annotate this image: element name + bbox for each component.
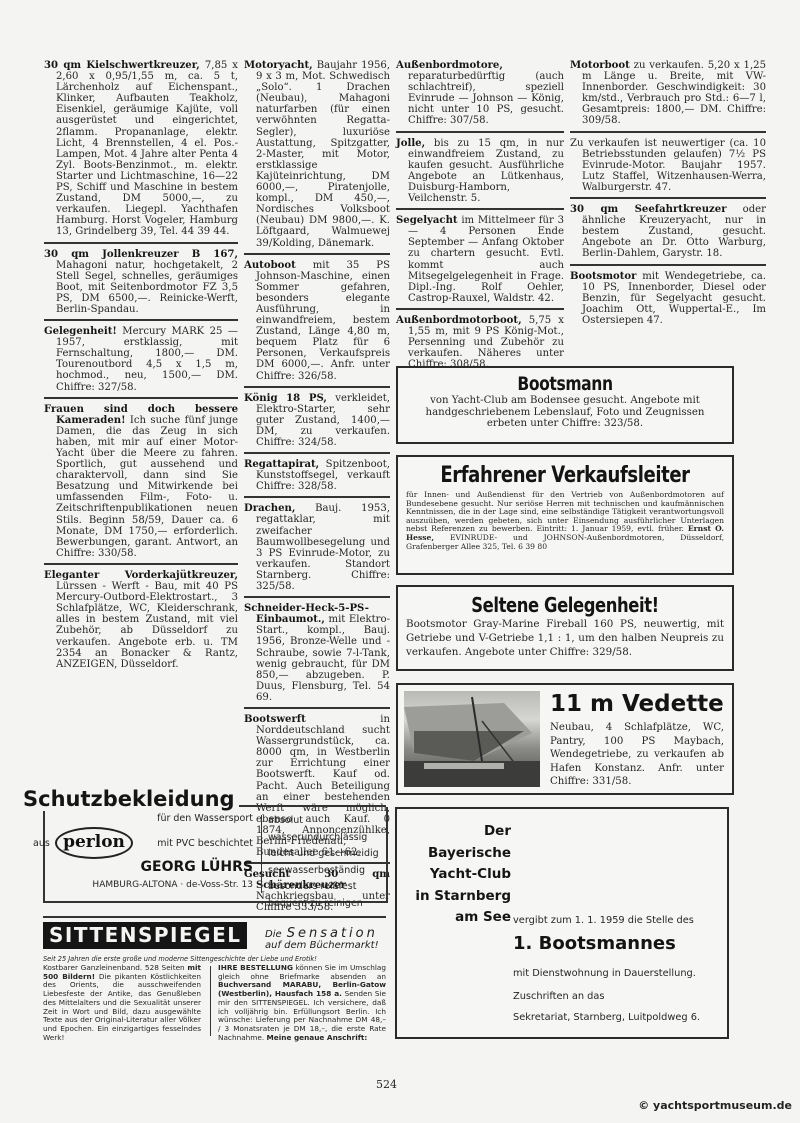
ad-line: mit Dienstwohnung in Dauerstellung. bbox=[513, 968, 696, 979]
boat-photo bbox=[404, 691, 540, 787]
ad-box-bootsmann: Bootsmann von Yacht-Club am Bodensee ges… bbox=[396, 366, 734, 444]
divider bbox=[570, 197, 766, 199]
classified-ad: Gelegenheit! Mercury MARK 25 — 1957, ers… bbox=[44, 326, 238, 393]
company-address: HAMBURG-ALTONA · de-Voss-Str. 13 bbox=[43, 880, 253, 890]
tagline: für den Wassersport bbox=[143, 813, 253, 824]
ad-box-sittenspiegel: SITTENSPIEGEL Die Sensation auf dem Büch… bbox=[43, 912, 386, 1072]
feature-item: absolut wasserundurchlässig bbox=[268, 813, 386, 846]
classified-ad: Eleganter Vorderkajütkreuzer, Lürssen - … bbox=[44, 570, 238, 670]
classified-ad: 30 qm Kielschwertkreuzer, 7,85 x 2,60 x … bbox=[44, 60, 238, 238]
feature-item: besonders reißfest bbox=[268, 879, 386, 896]
classifieds-column-1: 30 qm Kielschwertkreuzer, 7,85 x 2,60 x … bbox=[44, 60, 238, 670]
tagline: Die Sensation auf dem Büchermarkt! bbox=[265, 922, 379, 951]
headline: Erfahrener Verkaufsleiter bbox=[435, 463, 696, 489]
divider bbox=[396, 308, 564, 310]
classified-ad: Schneider-Heck-5-PS-Einbaumot., mit Elek… bbox=[244, 603, 390, 703]
classified-ad: Drachen, Bauj. 1953, regattaklar, mit zw… bbox=[244, 503, 390, 592]
headline: Schutzbekleidung bbox=[19, 787, 239, 811]
ad-box-bayerischer-yacht-club: Der Bayerische Yacht-Club in Starnberg a… bbox=[395, 807, 729, 1039]
classified-ad: Motorboot zu verkaufen. 5,20 x 1,25 m Lä… bbox=[570, 60, 766, 127]
classified-ad: Motoryacht, Baujahr 1956, 9 x 3 m, Mot. … bbox=[244, 60, 390, 249]
perlon-logo-text: perlon bbox=[63, 832, 125, 852]
divider bbox=[244, 496, 390, 498]
features-list: absolut wasserundurchlässig leicht und g… bbox=[268, 813, 386, 913]
aus-label: aus bbox=[33, 838, 50, 849]
vertical-divider bbox=[210, 966, 211, 1036]
classified-ad: Segelyacht im Mittelmeer für 3 — 4 Perso… bbox=[396, 215, 564, 304]
ad-line: Zuschriften an das bbox=[513, 991, 605, 1002]
headline: 11 m Vedette bbox=[550, 691, 724, 717]
perlon-logo: perlon bbox=[55, 827, 133, 859]
divider bbox=[44, 319, 238, 321]
company-name: GEORG LÜHRS bbox=[103, 859, 253, 875]
club-name: Der Bayerische Yacht-Club in Starnberg a… bbox=[407, 821, 511, 929]
divider bbox=[244, 253, 390, 255]
subtitle: Seit 25 Jahren die erste große und moder… bbox=[43, 955, 388, 963]
divider bbox=[244, 707, 390, 709]
classifieds-column-3: Außenbordmotore, reparaturbedürftig (auc… bbox=[396, 60, 564, 370]
watermark: © yachtsportmuseum.de bbox=[638, 1099, 792, 1112]
divider bbox=[570, 131, 766, 133]
classified-ad: Regattapirat, Spitzenboot, Kunststoffseg… bbox=[244, 459, 390, 492]
ad-box-vedette: 11 m Vedette Neubau, 4 Schlafplätze, WC,… bbox=[396, 683, 734, 795]
boat-photo-icon bbox=[404, 691, 540, 787]
headline: SITTENSPIEGEL bbox=[43, 922, 247, 949]
feature-item: seewasserbeständig bbox=[268, 863, 386, 880]
classified-ad: Autoboot mit 35 PS Johnson-Maschine, ein… bbox=[244, 260, 390, 382]
divider bbox=[244, 452, 390, 454]
classifieds-column-2: Motoryacht, Baujahr 1956, 9 x 3 m, Mot. … bbox=[244, 60, 390, 914]
feature-item: leicht und geschmeidig bbox=[268, 846, 386, 863]
ad-box-schutzbekleidung: Schutzbekleidung für den Wassersport aus… bbox=[43, 793, 386, 903]
position-title: 1. Bootsmannes bbox=[513, 933, 676, 954]
headline: Seltene Gelegenheit! bbox=[435, 593, 696, 617]
divider bbox=[396, 131, 564, 133]
classified-ad: König 18 PS, verkleidet, Elektro-Starter… bbox=[244, 393, 390, 448]
classified-ad: Frauen sind doch bessere Kameraden! Ich … bbox=[44, 404, 238, 559]
vertical-divider bbox=[261, 815, 262, 893]
divider bbox=[396, 208, 564, 210]
ad-box-seltene-gelegenheit: Seltene Gelegenheit! Bootsmotor Gray-Mar… bbox=[396, 585, 734, 671]
divider bbox=[570, 264, 766, 266]
order-text: IHRE BESTELLUNG können Sie im Umschlag g… bbox=[218, 964, 386, 1042]
divider bbox=[44, 563, 238, 565]
ad-box-verkaufsleiter: Erfahrener Verkaufsleiter für Innen- und… bbox=[396, 455, 734, 575]
pvc-label: mit PVC beschichtet bbox=[135, 838, 253, 849]
classified-ad: Bootsmotor mit Wendegetriebe, ca. 10 PS,… bbox=[570, 271, 766, 326]
book-description: Kostbarer Ganzleinenband. 528 Seiten mit… bbox=[43, 964, 201, 1042]
classifieds-column-4: Motorboot zu verkaufen. 5,20 x 1,25 m Lä… bbox=[570, 60, 766, 326]
classified-ad: 30 qm Jollenkreuzer B 167, Mahagoni natu… bbox=[44, 249, 238, 316]
divider bbox=[44, 242, 238, 244]
classified-ad: Außenbordmotorboot, 5,75 x 1,55 m, mit 9… bbox=[396, 315, 564, 370]
ad-text: für Innen- und Außendienst für den Vertr… bbox=[406, 491, 724, 551]
ad-text: Neubau, 4 Schlafplätze, WC, Pantry, 100 … bbox=[550, 721, 724, 789]
ad-line: Sekretariat, Starnberg, Luitpoldweg 6. bbox=[513, 1012, 700, 1023]
headline: Bootsmann bbox=[435, 373, 696, 395]
divider bbox=[244, 596, 390, 598]
feature-item: bequem zu reinigen bbox=[268, 896, 386, 913]
ad-line: vergibt zum 1. 1. 1959 die Stelle des bbox=[513, 915, 694, 926]
divider bbox=[44, 397, 238, 399]
divider bbox=[244, 386, 390, 388]
ad-text: von Yacht-Club am Bodensee gesucht. Ange… bbox=[406, 395, 724, 430]
classified-ad: Außenbordmotore, reparaturbedürftig (auc… bbox=[396, 60, 564, 127]
page-number: 524 bbox=[376, 1078, 397, 1091]
classified-ad: Jolle, bis zu 15 qm, in nur einwandfreie… bbox=[396, 138, 564, 205]
classified-ad: 30 qm Seefahrtkreuzer oder ähnliche Kreu… bbox=[570, 204, 766, 259]
ad-text: Bootsmotor Gray-Marine Fireball 160 PS, … bbox=[406, 617, 724, 659]
classified-ad: Zu verkaufen ist neuwertiger (ca. 10 Bet… bbox=[570, 138, 766, 193]
